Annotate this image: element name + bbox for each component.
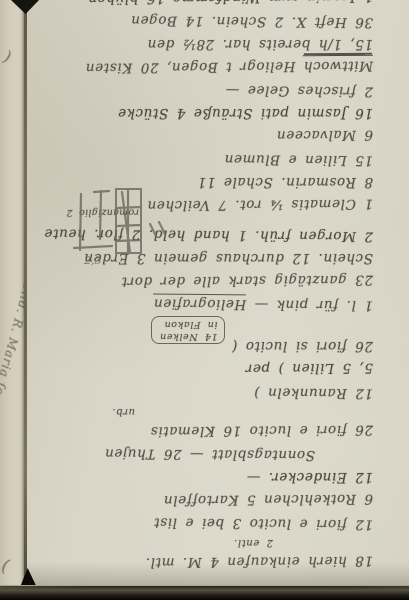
handwriting-line: 15, 1/h bereits har. 28½ den [39, 33, 373, 54]
boxed-note-line: in Flakon [160, 318, 218, 330]
handwriting-line: 2 entl. [39, 536, 273, 549]
page-bottom-edge [0, 585, 409, 600]
handwriting-line: Sonntagsblatt — 26 Thujen [39, 442, 315, 465]
handwriting-line: 5, 5 Lilien ) per [39, 357, 373, 381]
handwriting-line: 26 fiori e lucito 16 Klematis [39, 419, 373, 443]
handwriting-text: 1 Clematis ¼ rot. 7 Veilchen [139, 196, 373, 214]
boxed-note: 14 Nelkenin Flakon [152, 316, 226, 344]
handwriting-line: 12 Ranunkeln ) [39, 380, 373, 404]
handwriting-line: 36 Heft X. 2 Schein. 14 Bogen [39, 9, 373, 33]
handwriting-line: 6 Malvaceen [39, 124, 373, 148]
handwriting-line: 15 Lilien e Blumen [39, 147, 373, 171]
handwriting-line: 6 Rotkehlchen 5 Kartoffeln [39, 488, 373, 512]
handwriting-text: Heliogr t Bogen, 20 Kisten [85, 58, 303, 76]
facing-page-writing: 1 Bild. R. Maria ſo [0, 268, 24, 407]
facing-page-edge: ( 1 Bild. R. Maria ſo ) [0, 0, 24, 588]
handwriting-text: 1 l. für pink — [246, 296, 373, 313]
handwriting-block: 18 hierh einkaufen 4 M. mtl. 2 entl. 12 … [27, 0, 409, 588]
handwriting-line: 12 Eindecker. — [39, 466, 373, 487]
handwriting-line: 1 l. für pink — Heliografien [39, 292, 373, 316]
sketch-numbers: 2,3 [83, 254, 102, 266]
facing-page-writing: ) [0, 555, 11, 576]
notebook-photo: ( 1 Bild. R. Maria ſo ) 18 hierh einkauf… [0, 0, 409, 600]
handwriting-text: 26 fiori si lucito ( [231, 338, 373, 354]
handwriting-line: 12 fiori e lucito 3 bei e list [39, 511, 373, 535]
sketch-post-left [80, 194, 81, 250]
notebook-page: 18 hierh einkaufen 4 M. mtl. 2 entl. 12 … [27, 0, 409, 588]
underlined-word: Heliografien [153, 294, 246, 313]
handwriting-line: urb. [39, 405, 135, 418]
handwriting-line: 2 frisches Gelee — [39, 78, 373, 102]
handwriting-line: Mittwoch Heliogr t Bogen, 20 Kisten [39, 55, 373, 79]
handwriting-line: 16 Jasmin pati Sträuße 4 Stücke [39, 102, 373, 123]
boxed-note-line: 14 Nelken [160, 330, 218, 342]
facing-page-writing: ( [0, 47, 13, 67]
double-underlined-word: Mittwoch [303, 55, 373, 75]
pencil-sketch: 2,3 [70, 184, 170, 266]
handwriting-line: 26 fiori si lucito (14 Nelkenin Flakon [39, 316, 373, 356]
sketch-stroke-marks [150, 224, 156, 236]
handwriting-line: 23 ganztägig stark alle der dort [39, 269, 373, 293]
handwriting-line: 1 Jasmin zum Windfamme 16 blühen [39, 0, 373, 9]
handwriting-line: 18 hierh einkaufen 4 M. mtl. [39, 550, 373, 574]
